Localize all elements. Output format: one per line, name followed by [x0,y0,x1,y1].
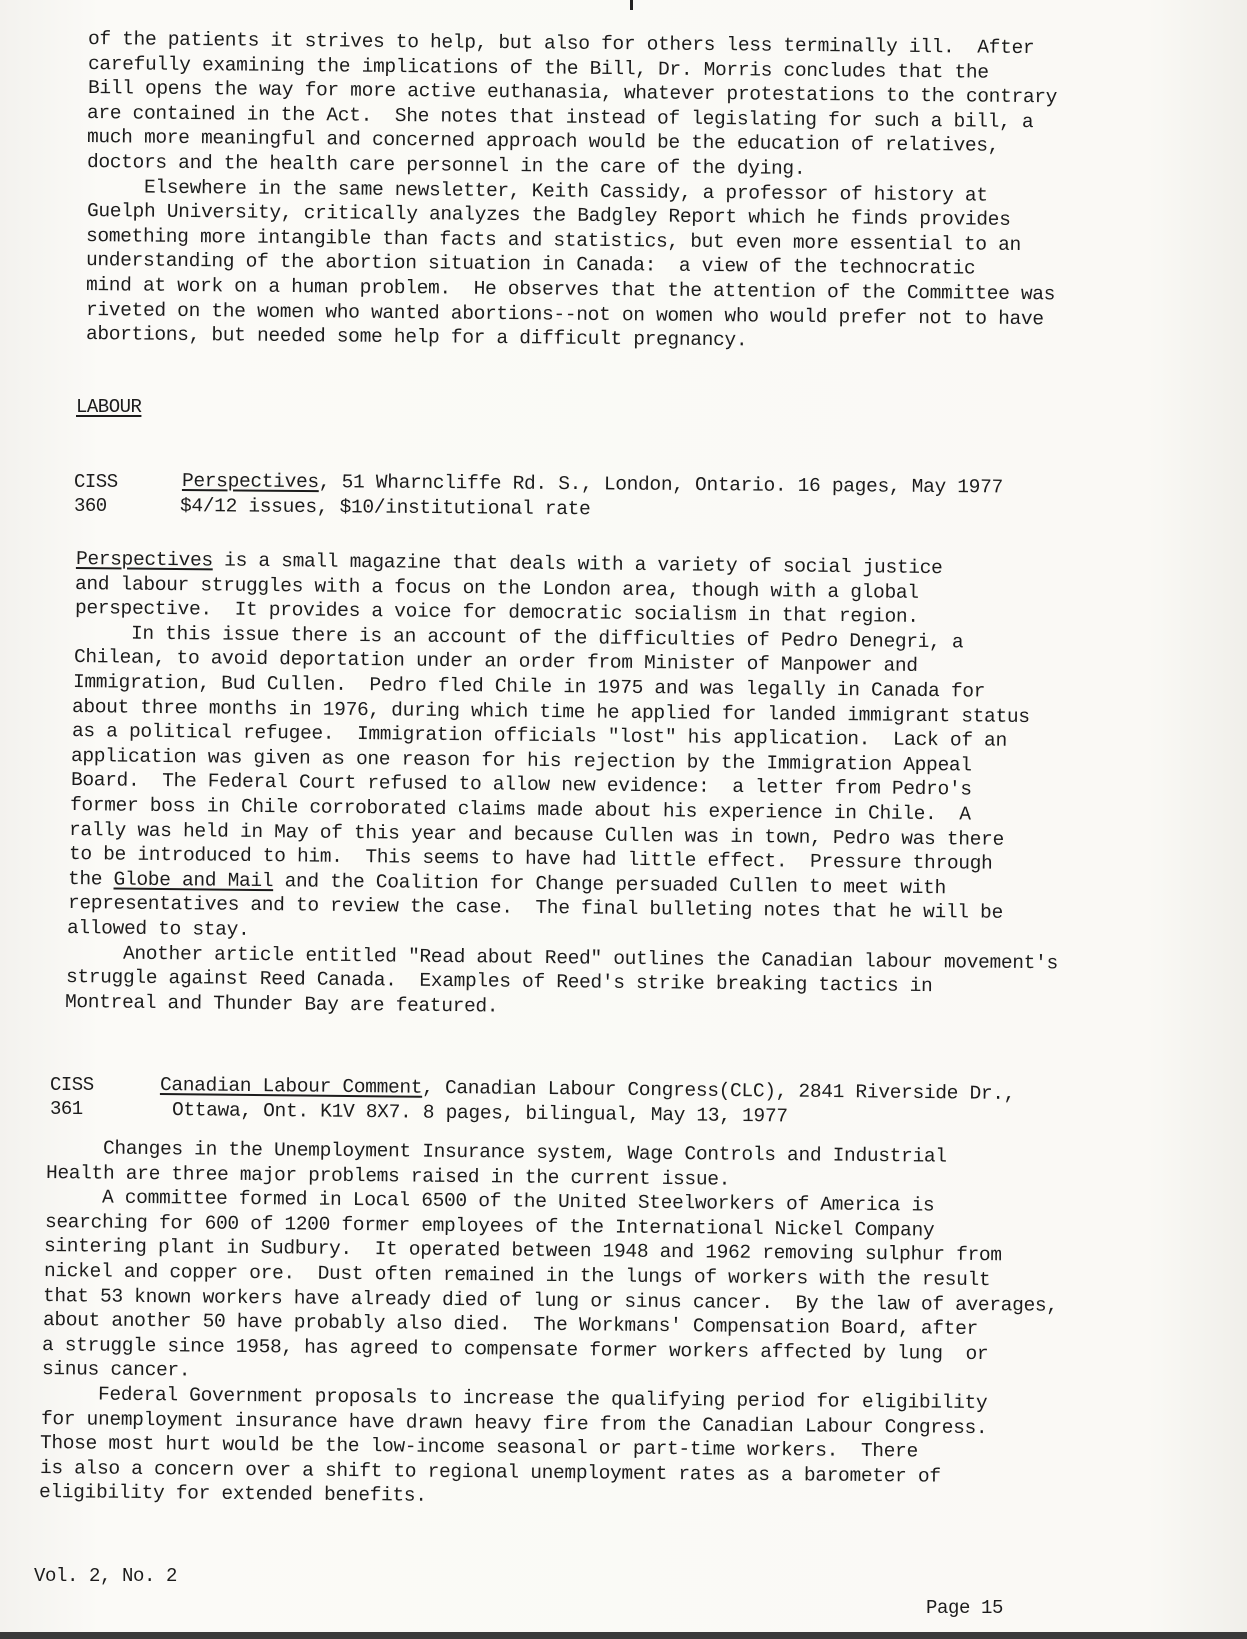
publication-title: Perspectives [76,548,213,571]
text-line: Health are three major problems raised i… [45,1162,729,1191]
citation-text: , 51 Wharncliffe Rd. S., London, Ontario… [319,471,1003,498]
text-line: allowed to stay. [67,917,250,941]
text-line: sinus cancer. [41,1358,189,1381]
publication-title: Perspectives [182,470,319,493]
entry-pricing-360: $4/12 issues, $10/institutional rate [180,495,591,520]
code-number: 361 [50,1097,94,1121]
publication-title: Canadian Labour Comment [160,1074,422,1099]
entry-pricing-361: Ottawa, Ont. K1V 8X7. 8 pages, bilingual… [172,1099,788,1127]
code-prefix: CISS [50,1073,94,1097]
entry-citation-360: Perspectives, 51 Wharncliffe Rd. S., Lon… [182,470,1003,498]
binding-mark [630,0,633,10]
citation-text: , Canadian Labour Congress(CLC), 2841 Ri… [422,1077,1015,1105]
text-line: eligibility for extended benefits. [39,1481,427,1507]
section-heading: LABOUR [76,396,141,418]
text-line: abortions, but needed some help for a di… [85,323,746,351]
entry-code-361: CISS 361 [50,1073,94,1121]
text-line: doctors and the health care personnel in… [87,151,806,180]
entry-code-360: CISS 360 [74,470,118,518]
publication-title: Globe and Mail [114,868,274,892]
code-number: 360 [74,494,118,518]
scan-edge [0,1632,1247,1639]
text-line: Montreal and Thunder Bay are featured. [65,991,498,1018]
code-prefix: CISS [74,470,118,494]
document-page: of the patients it strives to help, but … [0,0,1247,1639]
volume-label: Vol. 2, No. 2 [34,1565,177,1587]
page-number: Page 15 [926,1597,1003,1619]
